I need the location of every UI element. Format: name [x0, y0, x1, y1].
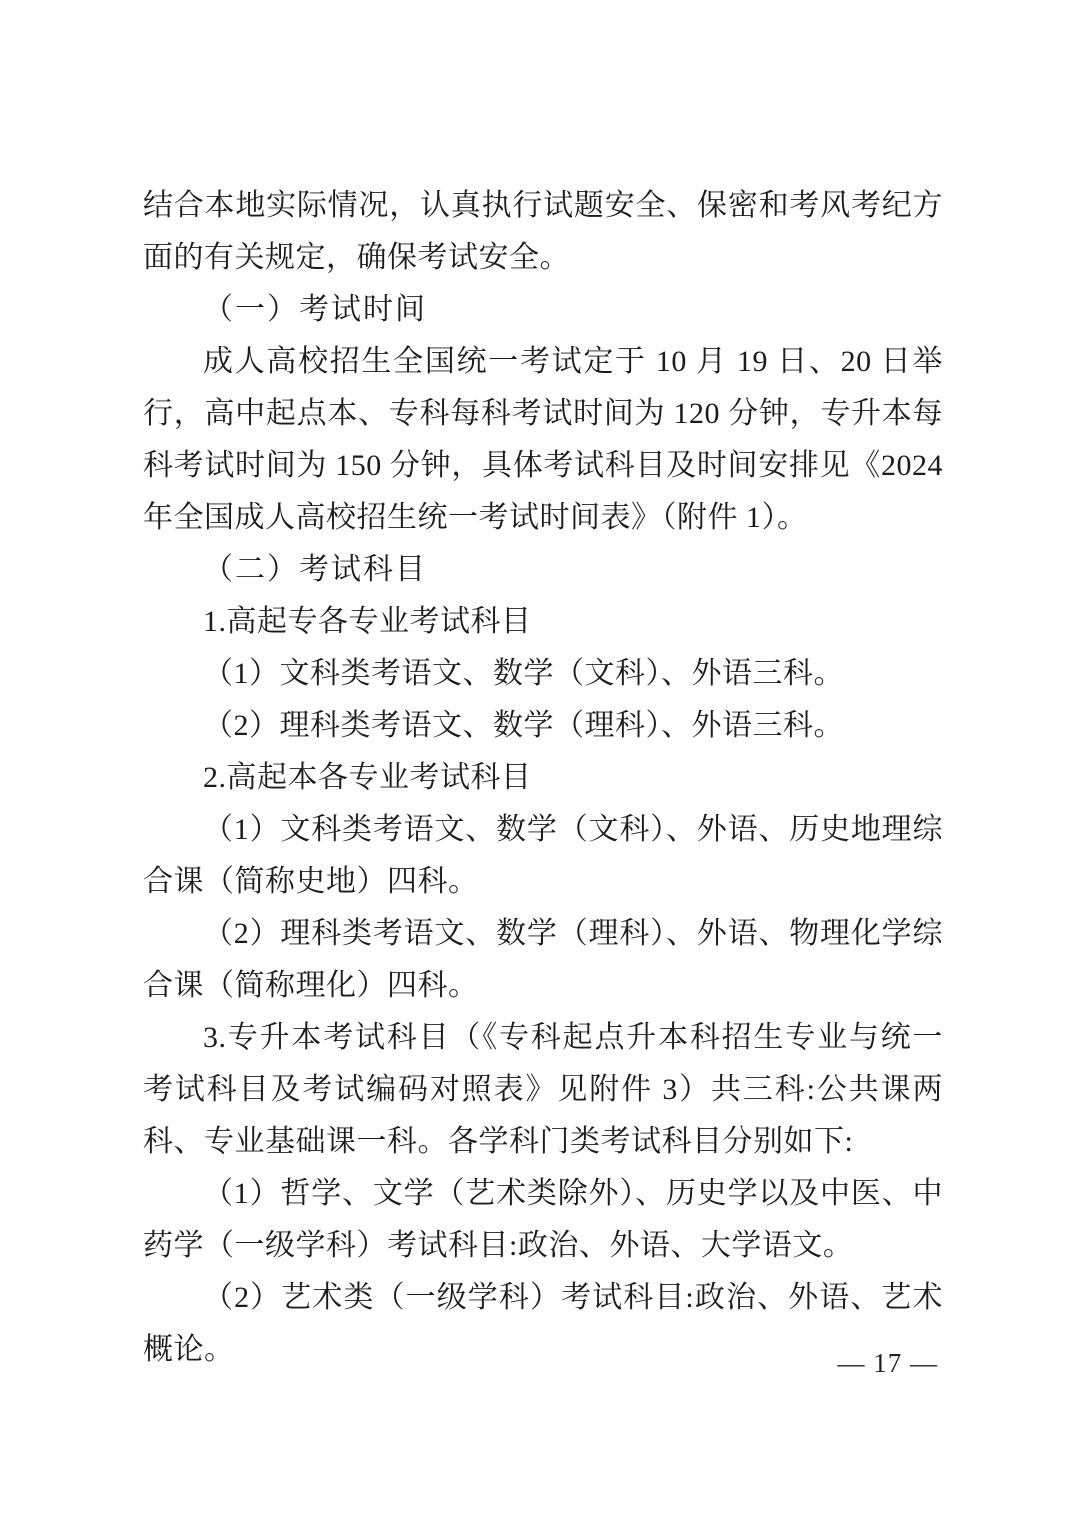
paragraph: 3.专升本考试科目（《专科起点升本科招生专业与统一考试科目及考试编码对照表》见附…: [143, 1012, 943, 1168]
page-number: — 17 —: [838, 1346, 939, 1380]
paragraph: （1）文科类考语文、数学（文科）、外语、历史地理综合课（简称史地）四科。: [143, 804, 943, 908]
paragraph: 2.高起本各专业考试科目: [143, 752, 943, 804]
document-page: 结合本地实际情况，认真执行试题安全、保密和考风考纪方面的有关规定，确保考试安全。…: [0, 0, 1080, 1527]
paragraph: （1）哲学、文学（艺术类除外）、历史学以及中医、中药学（一级学科）考试科目:政治…: [143, 1168, 943, 1272]
document-body: 结合本地实际情况，认真执行试题安全、保密和考风考纪方面的有关规定，确保考试安全。…: [143, 180, 943, 1376]
section-heading: （一）考试时间: [143, 284, 943, 336]
paragraph: （2）理科类考语文、数学（理科）、外语三科。: [143, 700, 943, 752]
section-heading: （二）考试科目: [143, 544, 943, 596]
paragraph: （1）文科类考语文、数学（文科）、外语三科。: [143, 648, 943, 700]
paragraph: 1.高起专各专业考试科目: [143, 596, 943, 648]
paragraph: 结合本地实际情况，认真执行试题安全、保密和考风考纪方面的有关规定，确保考试安全。: [143, 180, 943, 284]
paragraph: 成人高校招生全国统一考试定于 10 月 19 日、20 日举行，高中起点本、专科…: [143, 336, 943, 544]
paragraph: （2）艺术类（一级学科）考试科目:政治、外语、艺术概论。: [143, 1272, 943, 1376]
paragraph: （2）理科类考语文、数学（理科）、外语、物理化学综合课（简称理化）四科。: [143, 908, 943, 1012]
